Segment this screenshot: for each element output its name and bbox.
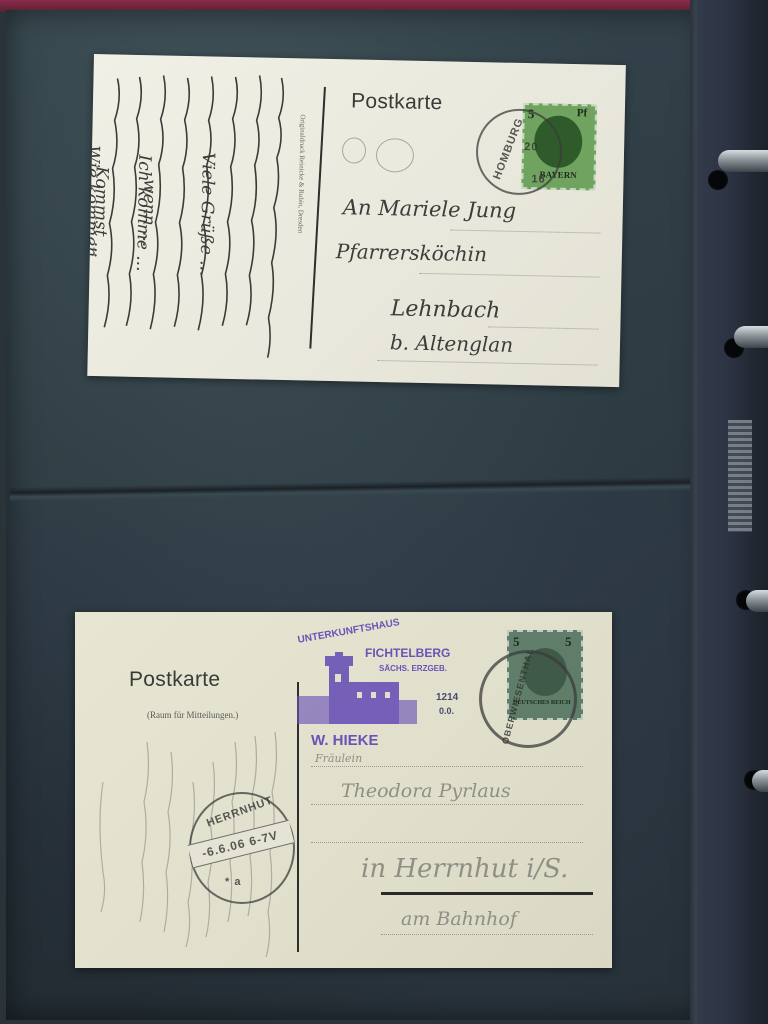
- message-space-label: (Raum für Mitteilungen.): [147, 710, 238, 720]
- card-divider-line: [309, 87, 326, 349]
- address-rule: [488, 326, 598, 329]
- address-line-1: Fräulein: [315, 752, 362, 765]
- address-line-4: b. Altenglan: [390, 330, 514, 357]
- stamp-arc-text: UNTERKUNFTSHAUS: [297, 617, 401, 646]
- address-rule: [378, 360, 598, 366]
- address-line-2: Theodora Pyrlaus: [341, 780, 511, 802]
- address-rule: [381, 934, 593, 935]
- postcard-bottom[interactable]: Postkarte (Raum für Mitteilungen.) UNTER…: [75, 612, 612, 968]
- postmark-herrnhut: HERRNHUT -6.6.06 6-7V * a: [189, 792, 295, 904]
- address-line-3: in Herrnhut i/S.: [361, 854, 568, 884]
- postcard-title: Postkarte: [129, 668, 220, 692]
- binder-ring-icon: [752, 770, 768, 792]
- stamp-owner: W. HIEKE: [311, 732, 379, 749]
- destination-underline: [381, 892, 593, 895]
- handwriting-strokes: [96, 64, 292, 368]
- stamp-altitude: 1214: [436, 692, 458, 703]
- postcard-title: Postkarte: [351, 89, 443, 115]
- address-line-4: am Bahnhof: [401, 908, 517, 930]
- address-rule: [311, 842, 583, 843]
- postmark-oberwiesenthal: OBERWIESENTHAL: [479, 650, 577, 748]
- postmark-date-band: -6.6.06 6-7V: [188, 820, 295, 868]
- binder-ring-icon: [734, 326, 768, 348]
- stamp-code: 0.0.: [439, 706, 454, 716]
- pencil-sketch-head-icon: [342, 137, 367, 163]
- postcard-top[interactable]: Liebes Mariele! Wie kommen ... Kommst ..…: [87, 54, 626, 387]
- torn-label-strip: [728, 420, 752, 532]
- address-line-2: Pfarrersköchin: [336, 239, 488, 266]
- ring-hole: [708, 170, 728, 190]
- address-rule: [311, 804, 583, 805]
- address-rule: [450, 230, 600, 234]
- address-rule: [419, 273, 599, 278]
- binder-ring-icon: [718, 150, 768, 172]
- address-line-1: An Mariele Jung: [343, 195, 517, 223]
- binder-ring-icon: [746, 590, 768, 612]
- building-illustration-icon: [297, 652, 417, 728]
- pencil-sketch-body-icon: [376, 138, 415, 173]
- address-rule: [311, 766, 583, 767]
- address-line-3: Lehnbach: [390, 296, 500, 323]
- publisher-imprint: Originaldruck Reinicke & Rubin, Dresden: [296, 114, 306, 233]
